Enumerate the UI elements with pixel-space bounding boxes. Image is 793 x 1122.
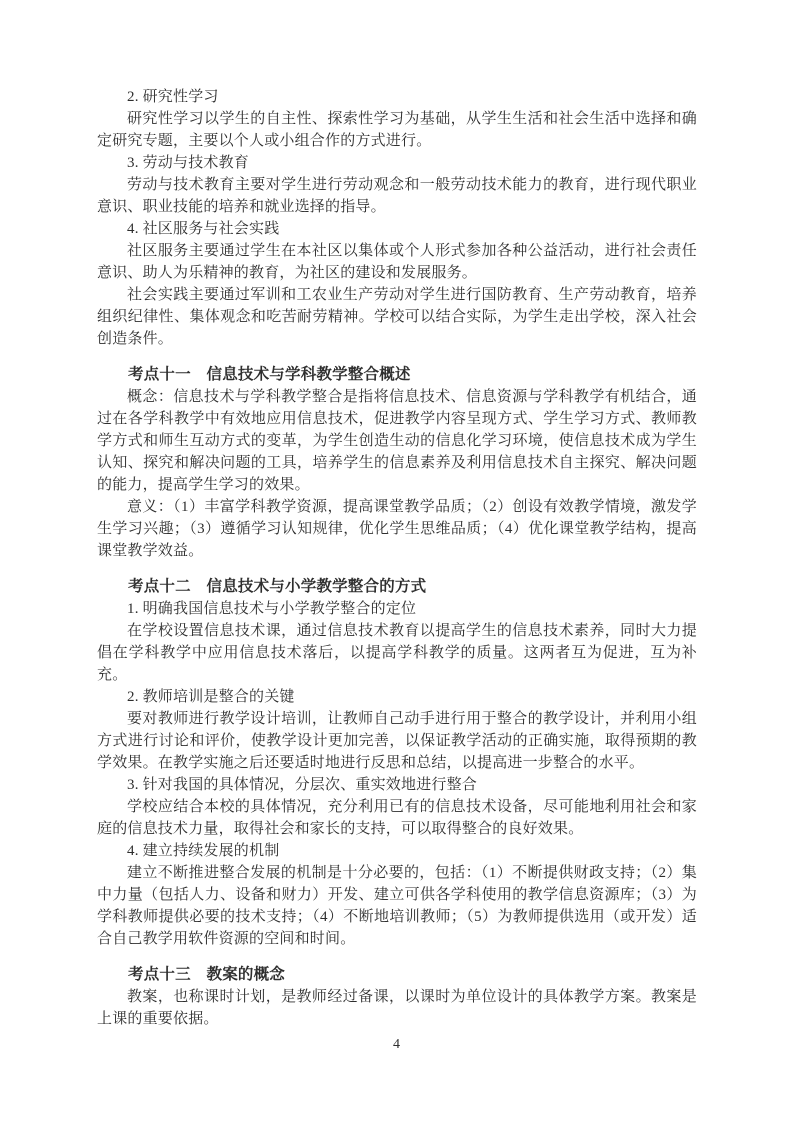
paragraph: 意义：（1）丰富学科教学资源，提高课堂教学品质；（2）创设有效教学情境，激发学生… <box>97 496 697 562</box>
numbered-item: 2. 教师培训是整合的关键 <box>97 686 697 708</box>
section-heading-kaodian-13: 考点十三 教案的概念 <box>97 964 697 986</box>
document-page: 2. 研究性学习 研究性学习以学生的自主性、探索性学习为基础，从学生生活和社会生… <box>0 0 793 1122</box>
paragraph: 研究性学习以学生的自主性、探索性学习为基础，从学生生活和社会生活中选择和确定研究… <box>97 108 697 152</box>
numbered-item: 1. 明确我国信息技术与小学教学整合的定位 <box>97 598 697 620</box>
page-number: 4 <box>0 1037 793 1053</box>
paragraph: 劳动与技术教育主要对学生进行劳动观念和一般劳动技术能力的教育，进行现代职业意识、… <box>97 174 697 218</box>
numbered-item: 4. 社区服务与社会实践 <box>97 218 697 240</box>
numbered-item: 2. 研究性学习 <box>97 86 697 108</box>
section-heading-kaodian-12: 考点十二 信息技术与小学教学整合的方式 <box>97 576 697 598</box>
paragraph: 社区服务主要通过学生在本社区以集体或个人形式参加各种公益活动，进行社会责任意识、… <box>97 240 697 284</box>
numbered-item: 3. 针对我国的具体情况，分层次、重实效地进行整合 <box>97 774 697 796</box>
paragraph: 在学校设置信息技术课，通过信息技术教育以提高学生的信息技术素养，同时大力提倡在学… <box>97 620 697 686</box>
paragraph: 概念：信息技术与学科教学整合是指将信息技术、信息资源与学科教学有机结合，通过在各… <box>97 386 697 496</box>
paragraph: 建立不断推进整合发展的机制是十分必要的，包括：（1）不断提供财政支持；（2）集中… <box>97 862 697 950</box>
document-body: 2. 研究性学习 研究性学习以学生的自主性、探索性学习为基础，从学生生活和社会生… <box>97 86 697 1030</box>
paragraph: 教案，也称课时计划，是教师经过备课，以课时为单位设计的具体教学方案。教案是上课的… <box>97 986 697 1030</box>
numbered-item: 4. 建立持续发展的机制 <box>97 840 697 862</box>
paragraph: 社会实践主要通过军训和工农业生产劳动对学生进行国防教育、生产劳动教育，培养组织纪… <box>97 284 697 350</box>
numbered-item: 3. 劳动与技术教育 <box>97 152 697 174</box>
paragraph: 要对教师进行教学设计培训，让教师自己动手进行用于整合的教学设计，并利用小组方式进… <box>97 708 697 774</box>
section-heading-kaodian-11: 考点十一 信息技术与学科教学整合概述 <box>97 364 697 386</box>
paragraph: 学校应结合本校的具体情况，充分利用已有的信息技术设备，尽可能地利用社会和家庭的信… <box>97 796 697 840</box>
